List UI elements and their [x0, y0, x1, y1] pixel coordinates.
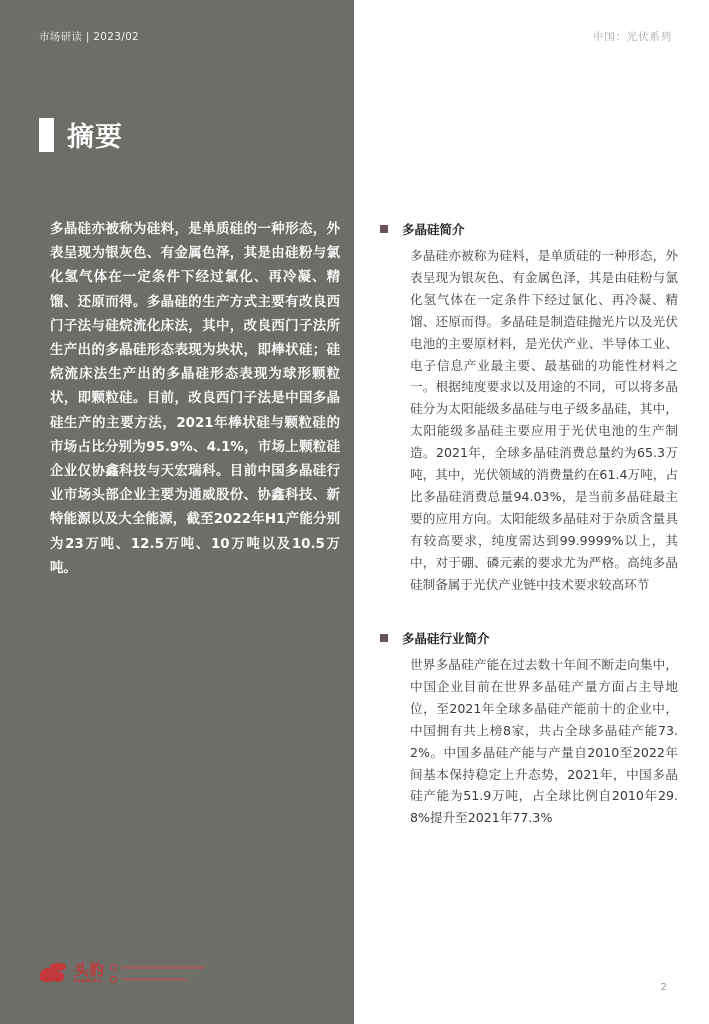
report-series-date: 市场研读 | 2023/02: [39, 29, 139, 44]
section-title: 多晶硅行业简介: [402, 629, 490, 647]
page-title: 摘要: [39, 115, 123, 154]
section-body: 世界多晶硅产能在过去数十年间不断走向集中，中国企业目前在世界多晶硅产量方面占主导…: [410, 654, 678, 829]
section-body: 多晶硅亦被称为硅料，是单质硅的一种形态，外表呈现为银灰色、有金属色泽，其是由硅粉…: [410, 245, 678, 596]
section-polysilicon-industry: 多晶硅行业简介 世界多晶硅产能在过去数十年间不断走向集中，中国企业目前在世界多晶…: [380, 628, 680, 829]
phone-line: [110, 976, 205, 983]
leadleo-logo: 头豹 LeadLeo: [38, 960, 205, 986]
logo-chinese-name: 头豹: [74, 962, 104, 978]
report-series-name: 中国：光伏系列: [593, 29, 672, 44]
section-polysilicon-intro: 多晶硅简介 多晶硅亦被称为硅料，是单质硅的一种形态，外表呈现为银灰色、有金属色泽…: [380, 219, 680, 596]
website-line: [110, 964, 205, 971]
web-icon: [110, 964, 117, 971]
page-title-text: 摘要: [67, 115, 123, 154]
left-panel: 市场研读 | 2023/02 摘要 多晶硅亦被称为硅料，是单质硅的一种形态，外表…: [0, 0, 354, 1024]
section-title: 多晶硅简介: [402, 220, 465, 238]
square-bullet-icon: [380, 634, 388, 642]
title-bar-decoration: [39, 118, 54, 152]
page-number: 2: [661, 982, 667, 993]
summary-paragraph: 多晶硅亦被称为硅料，是单质硅的一种形态，外表呈现为银灰色、有金属色泽，其是由硅粉…: [50, 218, 340, 581]
leopard-logo-icon: [38, 960, 68, 986]
logo-wordmark: 头豹 LeadLeo: [74, 962, 104, 984]
logo-english-name: LeadLeo: [74, 978, 101, 984]
square-bullet-icon: [380, 225, 388, 233]
logo-contact-info: [110, 964, 205, 983]
phone-icon: [110, 976, 117, 983]
